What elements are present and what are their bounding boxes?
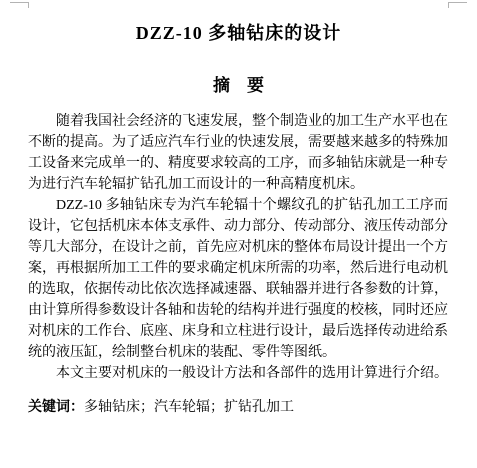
- abstract-heading: 摘 要: [28, 76, 449, 96]
- keywords-text: 多轴钻床；汽车轮辐；扩钻孔加工: [84, 400, 294, 415]
- abstract-body: 随着我国社会经济的飞速发展，整个制造业的加工生产水平也在不断的提高。为了适应汽车…: [28, 111, 448, 384]
- keywords-label: 关键词：: [28, 400, 84, 415]
- crop-mark-top-right: [448, 2, 467, 8]
- abstract-paragraph-1: 随着我国社会经济的飞速发展，整个制造业的加工生产水平也在不断的提高。为了适应汽车…: [28, 111, 448, 195]
- abstract-paragraph-3: 本文主要对机床的一般设计方法和各部件的选用计算进行介绍。: [28, 363, 448, 384]
- page-title: DZZ-10 多轴钻床的设计: [28, 22, 449, 44]
- crop-mark-top-left: [10, 2, 29, 8]
- abstract-paragraph-2: DZZ-10 多轴钻床专为汽车轮辐十个螺纹孔的扩钻孔加工工序而设计，它包括机床本…: [28, 195, 448, 363]
- document-page: DZZ-10 多轴钻床的设计 摘 要 随着我国社会经济的飞速发展，整个制造业的加…: [0, 0, 477, 468]
- keywords-line: 关键词：多轴钻床；汽车轮辐；扩钻孔加工: [28, 397, 448, 418]
